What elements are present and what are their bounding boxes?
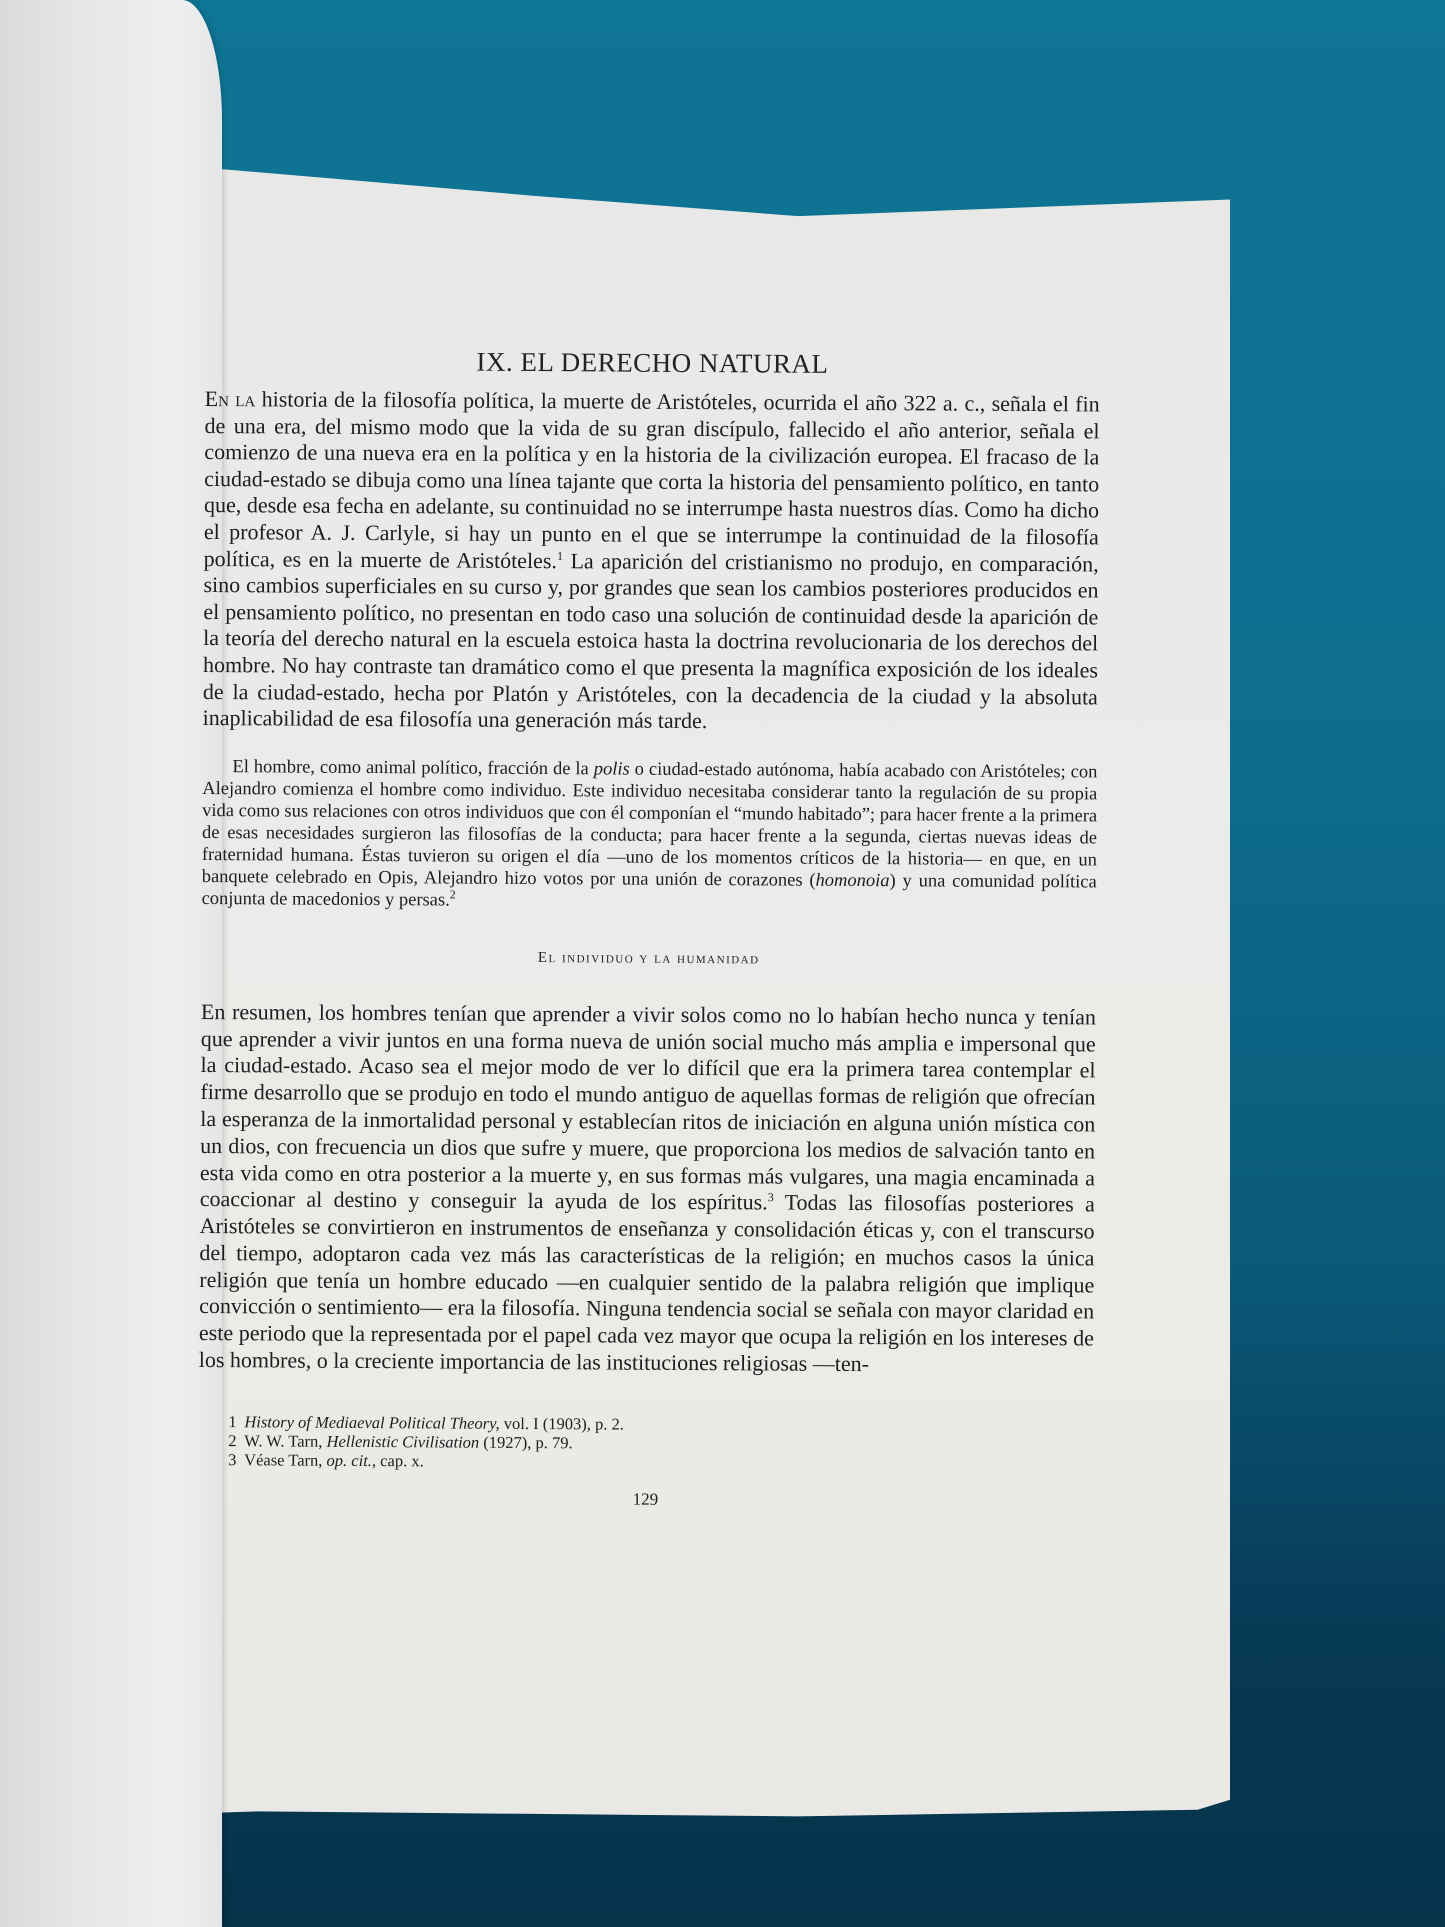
footnote-title: History of Mediaeval Political Theory, (244, 1412, 499, 1433)
page-content: IX. EL DERECHO NATURAL En la historia de… (198, 345, 1100, 1512)
quote-italic-polis: polis (594, 759, 630, 779)
footnote-number: 1 (228, 1412, 244, 1431)
footnote-text: (1927), p. 79. (479, 1433, 573, 1453)
block-quote: El hombre, como animal político, fracció… (202, 756, 1098, 915)
footnotes: 1History of Mediaeval Political Theory, … (198, 1412, 1093, 1474)
lead-smallcaps: En la (205, 386, 256, 411)
quote-italic-homonoia: homonoia (815, 870, 889, 890)
footnote-number: 3 (228, 1450, 244, 1469)
footnote-text: vol. I (1903), p. 2. (500, 1414, 624, 1434)
footnote-text: cap. x. (376, 1451, 424, 1470)
left-page-curl (0, 0, 222, 1927)
quote-text-1: El hombre, como animal político, fracció… (232, 757, 593, 779)
footnote-author: W. W. Tarn, (244, 1431, 326, 1451)
footnote-3: 3Véase Tarn, op. cit., cap. x. (228, 1450, 1093, 1474)
paragraph-1-text-after: La aparición del cristianismo no produjo… (203, 548, 1099, 733)
footnote-title: Hellenistic Civilisation (327, 1432, 480, 1452)
chapter-title: IX. EL DERECHO NATURAL (205, 345, 1100, 381)
footnote-number: 2 (228, 1431, 244, 1450)
paragraph-2-text-2: Todas las filosofías posteriores a Arist… (199, 1190, 1095, 1376)
paragraph-2-text-1: En resumen, los hombres tenían que apren… (200, 999, 1096, 1215)
footnote-title: op. cit., (327, 1451, 377, 1470)
footnote-author: Véase Tarn, (244, 1450, 327, 1470)
footnote-ref-2: 2 (450, 887, 456, 901)
paragraph-2: En resumen, los hombres tenían que apren… (199, 999, 1096, 1380)
section-heading: El individuo y la humanidad (201, 948, 1096, 970)
paragraph-1-text: historia de la filosofía política, la mu… (204, 386, 1100, 572)
paragraph-1: En la historia de la filosofía política,… (203, 386, 1100, 737)
